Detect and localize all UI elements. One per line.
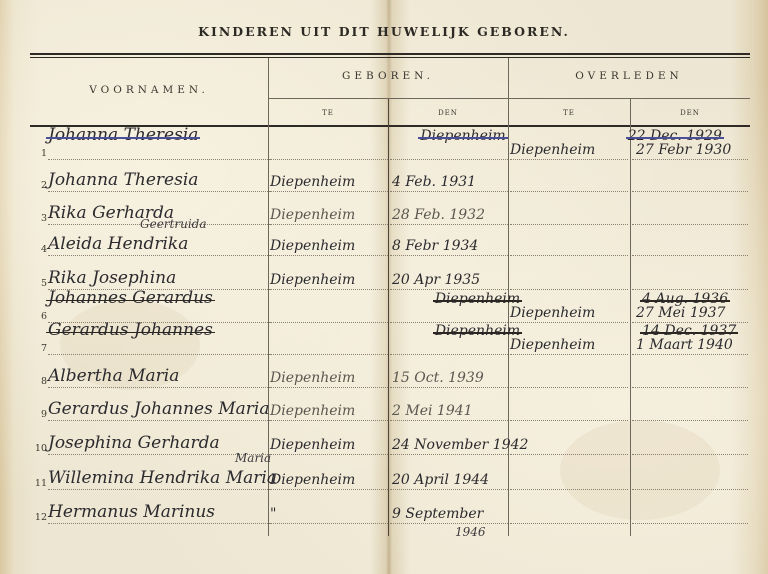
table-row: 3Rika GerhardaDiepenheim28 Feb. 1932 (30, 192, 750, 225)
dotted-line (48, 523, 280, 524)
table-row: 6Johannes GerardusDiepenheim4 Aug. 1936D… (30, 290, 750, 323)
table-row: 5Rika JosephinaDiepenheim20 Apr 1935 (30, 257, 750, 290)
page-title: KINDEREN UIT DIT HUWELIJK GEBOREN. (0, 24, 768, 39)
dotted-line (48, 255, 280, 256)
table-row: 2Johanna TheresiaDiepenheim4 Feb. 1931 (30, 159, 750, 192)
child-name: Gerardus Johannes Maria (48, 399, 269, 419)
dotted-line (632, 255, 748, 256)
birth-place: Diepenheim (270, 207, 355, 223)
dotted-line (390, 523, 508, 524)
birth-date: 20 Apr 1935 (392, 272, 480, 288)
row-number: 6 (33, 311, 47, 322)
row-number: 7 (33, 343, 47, 354)
birth-date: 28 Feb. 1932 (392, 207, 485, 223)
table-row: 11Willemina Hendrika MariaDiepenheim20 A… (30, 457, 750, 490)
dotted-line (270, 454, 388, 455)
row-number: 12 (33, 512, 47, 523)
row-number: 4 (33, 244, 47, 255)
birth-place: Diepenheim (270, 174, 355, 190)
header-overleden: OVERLEDEN (508, 70, 750, 82)
subheader-died-te: TE (508, 109, 630, 117)
dotted-line (510, 454, 628, 455)
dotted-line (48, 420, 280, 421)
table-row: 1Johanna TheresiaDiepenheim22 Dec. 1929D… (30, 127, 750, 160)
top-rule (30, 53, 750, 55)
death-date: 1 Maart 1940 (636, 337, 733, 353)
child-name: Johanna Theresia (48, 125, 198, 145)
dotted-line (632, 454, 748, 455)
birth-date: 8 Febr 1934 (392, 238, 478, 254)
table-row: 4Aleida HendrikaDiepenheim8 Febr 1934Gee… (30, 223, 750, 256)
birth-place: Diepenheim (435, 323, 520, 339)
subheader-born-te: TE (268, 109, 388, 117)
table-row: 7Gerardus JohannesDiepenheim14 Dec. 1937… (30, 322, 750, 355)
dotted-line (270, 420, 388, 421)
name-insertion: Maria (235, 451, 271, 465)
table-row: 8Albertha MariaDiepenheim15 Oct. 1939 (30, 355, 750, 388)
header-geboren: GEBOREN. (268, 70, 508, 82)
dotted-line (632, 489, 748, 490)
row-number: 1 (33, 148, 47, 159)
dotted-line (270, 523, 388, 524)
subheader-rule (268, 98, 750, 99)
table-row: 9Gerardus Johannes MariaDiepenheim2 Mei … (30, 388, 750, 421)
subheader-born-den: DEN (388, 109, 508, 117)
row-number: 11 (33, 478, 47, 489)
dotted-line (632, 523, 748, 524)
dotted-line (510, 489, 628, 490)
dotted-line (510, 255, 628, 256)
birth-date: 2 Mei 1941 (392, 403, 473, 419)
dotted-line (390, 420, 508, 421)
death-place: Diepenheim (510, 337, 595, 353)
birth-place: Diepenheim (270, 472, 355, 488)
birth-date: 20 April 1944 (392, 472, 489, 488)
dotted-line (510, 523, 628, 524)
header-voornamen: VOORNAMEN. (30, 84, 268, 96)
name-insertion: Geertruida (140, 217, 207, 231)
child-name: Aleida Hendrika (48, 234, 188, 254)
death-date: 27 Mei 1937 (636, 305, 725, 321)
birth-place: Diepenheim (270, 437, 355, 453)
table-row: 12Hermanus Marinus"9 September1946 (30, 491, 750, 524)
child-name: Josephina Gerharda (48, 433, 220, 453)
child-name: Willemina Hendrika Maria (48, 468, 277, 488)
birth-place: Diepenheim (270, 272, 355, 288)
child-name: Johanna Theresia (48, 170, 198, 190)
row-number: 5 (33, 278, 47, 289)
row-number: 2 (33, 180, 47, 191)
child-name: Gerardus Johannes (48, 320, 213, 340)
dotted-line (48, 489, 280, 490)
dotted-line (270, 255, 388, 256)
dotted-line (390, 454, 508, 455)
birth-date: 4 Feb. 1931 (392, 174, 476, 190)
row-number: 8 (33, 376, 47, 387)
death-place: Diepenheim (510, 142, 595, 158)
child-name: Rika Josephina (48, 268, 176, 288)
birth-place: Diepenheim (420, 128, 505, 144)
birth-place: Diepenheim (270, 370, 355, 386)
birth-date-year: 1946 (455, 525, 486, 539)
child-name: Hermanus Marinus (48, 502, 215, 522)
birth-place: Diepenheim (435, 291, 520, 307)
register-page: KINDEREN UIT DIT HUWELIJK GEBOREN. VOORN… (0, 0, 768, 574)
birth-date: 9 September (392, 506, 483, 522)
child-name: Albertha Maria (48, 366, 179, 386)
birth-date: 15 Oct. 1939 (392, 370, 484, 386)
birth-place: Diepenheim (270, 403, 355, 419)
death-place: Diepenheim (510, 305, 595, 321)
birth-place: " (270, 506, 276, 522)
row-number: 10 (33, 443, 47, 454)
top-rule-thin (30, 57, 750, 58)
birth-date: 24 November 1942 (392, 437, 528, 453)
table-row: 10Josephina GerhardaDiepenheim24 Novembe… (30, 422, 750, 455)
dotted-line (632, 420, 748, 421)
dotted-line (510, 420, 628, 421)
death-date: 27 Febr 1930 (636, 142, 731, 158)
dotted-line (390, 255, 508, 256)
birth-place: Diepenheim (270, 238, 355, 254)
row-number: 9 (33, 409, 47, 420)
child-name: Johannes Gerardus (48, 288, 213, 308)
dotted-line (270, 489, 388, 490)
dotted-line (390, 489, 508, 490)
subheader-died-den: DEN (630, 109, 750, 117)
